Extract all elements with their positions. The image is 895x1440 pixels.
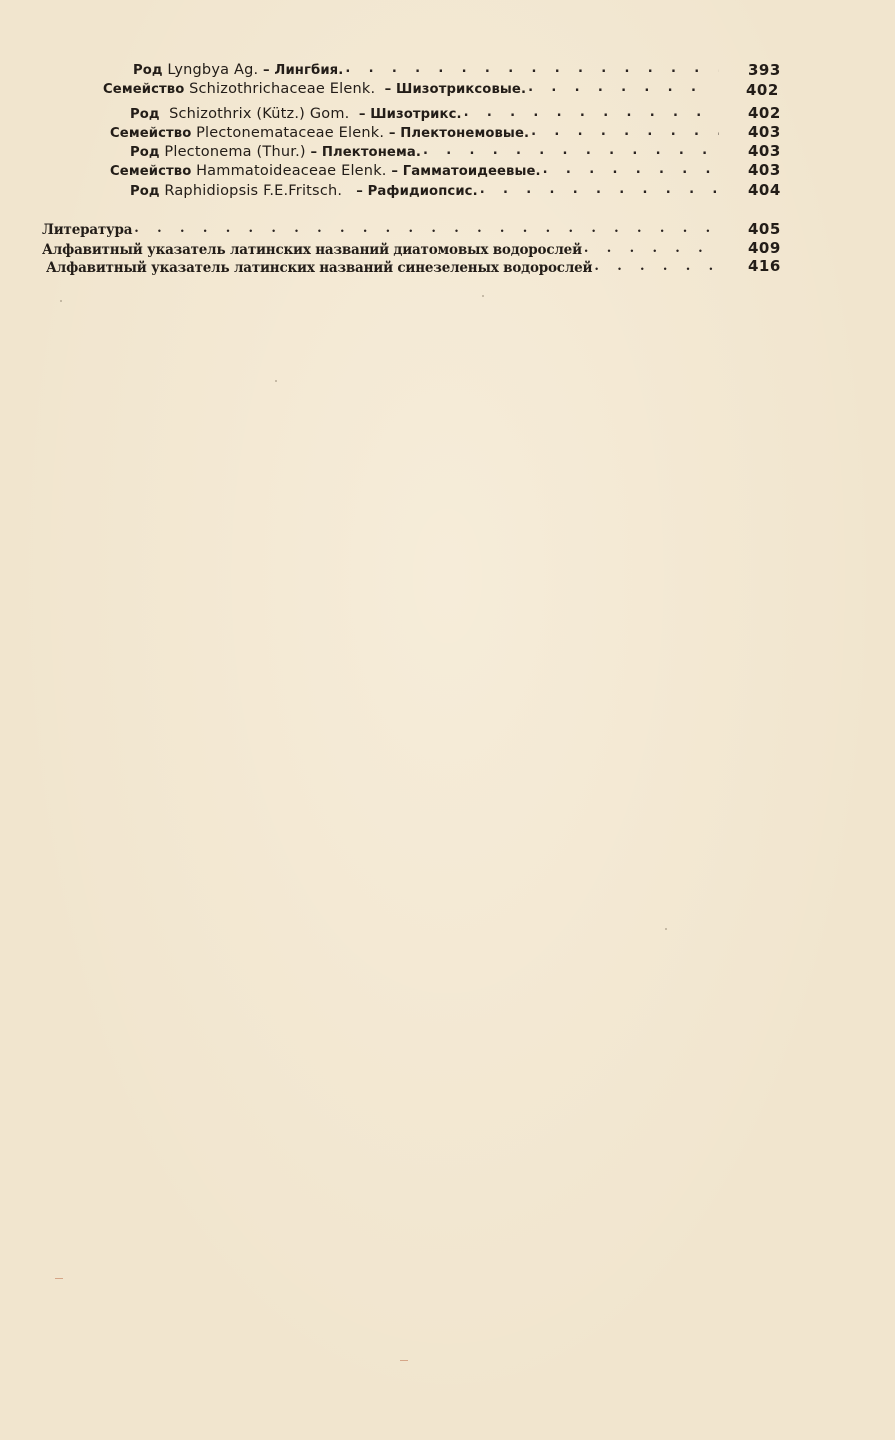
entry-prefix: Род [130,145,160,160]
paper-speck [482,295,484,297]
paper-mark [400,1360,408,1361]
entry-latin-name: Lyngbya Ag. [167,62,258,78]
entry-russian-name: – Шизотрикс. [359,107,462,122]
entry-latin-name: Schizothrichaceae Elenk. [189,81,375,97]
toc-entry-plectonema: Род Plectonema (Thur.) – Плектонема. . .… [130,140,725,160]
toc-entry-plectonemataceae: Семейство Plectonemataceae Elenk. – Плек… [110,121,725,141]
entry-russian-name: – Гамматоидеевые. [391,164,540,179]
leader-dots: . . . . . . . . . . . . . . . . . . . . … [345,63,719,75]
toc-entry-diatom-index: Алфавитный указатель латинских названий … [42,238,725,258]
entry-russian-name: – Лингбия. [263,63,343,78]
entry-russian-name: – Плектонема. [310,145,421,160]
paper-speck [275,380,277,382]
entry-title: Алфавитный указатель латинских названий … [46,260,592,276]
toc-entry-cyanobacteria-index: Алфавитный указатель латинских названий … [46,256,725,276]
entry-page-number: 393 [748,61,781,79]
toc-entry-schizothrichaceae: Семейство Schizothrichaceae Elenk. – Шиз… [103,77,721,97]
leader-dots: . . . . . . . . . . . . . . . . . . . . … [543,164,719,176]
entry-latin-name: Plectonema (Thur.) [164,144,305,160]
entry-prefix: Род [133,63,163,78]
paper-speck [60,300,62,302]
entry-page-number: 402 [748,104,781,122]
entry-page-number: 403 [748,123,781,141]
leader-dots: . . . . . . . . . . . . . . . . . . . . … [423,145,719,157]
leader-dots: . . . . . . . . . . . . . . . . . . . . … [531,126,719,138]
entry-russian-name: – Рафидиопсис. [356,184,477,199]
toc-entry-schizothrix: Род Schizothrix (Kütz.) Gom. – Шизотрикс… [130,102,725,122]
toc-entry-literature: Литература . . . . . . . . . . . . . . .… [42,218,725,238]
entry-page-number: 409 [748,239,781,257]
entry-prefix: Семейство [110,164,191,179]
leader-dots: . . . . . . . . . . . . . . . . . . . . … [584,243,719,255]
entry-russian-name: – Шизотриксовые. [385,82,526,97]
toc-entry-hammatoideaceae: Семейство Hammatoideaceae Elenk. – Гамма… [110,159,725,179]
entry-russian-name: – Плектонемовые. [389,126,529,141]
entry-latin-name: Raphidiopsis F.E.Fritsch. [164,183,342,199]
paper-speck [665,928,667,930]
entry-latin-name: Schizothrix (Kütz.) Gom. [169,106,349,122]
entry-latin-name: Hammatoideaceae Elenk. [196,163,387,179]
entry-prefix: Семейство [103,82,184,97]
entry-prefix: Семейство [110,126,191,141]
toc-entry-raphidiopsis: Род Raphidiopsis F.E.Fritsch. – Рафидиоп… [130,179,725,199]
paper-mark [55,1278,63,1279]
entry-page-number: 403 [748,161,781,179]
entry-prefix: Род [130,184,160,199]
leader-dots: . . . . . . . . . . . . . . . . . . . . … [464,107,719,119]
entry-title: Литература [42,222,132,238]
entry-page-number: 416 [748,257,781,275]
entry-prefix: Род [130,107,160,122]
leader-dots: . . . . . . . . . . . . . . . . . . . . … [480,184,719,196]
leader-dots: . . . . . . . . . . . . . . . . . . . . … [594,261,719,273]
leader-dots: . . . . . . . . . . . . . . . . . . . . … [134,223,719,235]
book-page: Род Lyngbya Ag. – Лингбия. . . . . . . .… [0,0,895,1440]
toc-entry-lyngbya: Род Lyngbya Ag. – Лингбия. . . . . . . .… [133,58,725,78]
entry-page-number: 403 [748,142,781,160]
entry-page-number: 402 [746,81,779,99]
leader-dots: . . . . . . . . . . . . . . . . . . . . … [528,82,715,94]
entry-page-number: 405 [748,220,781,238]
entry-page-number: 404 [748,181,781,199]
entry-latin-name: Plectonemataceae Elenk. [196,125,384,141]
